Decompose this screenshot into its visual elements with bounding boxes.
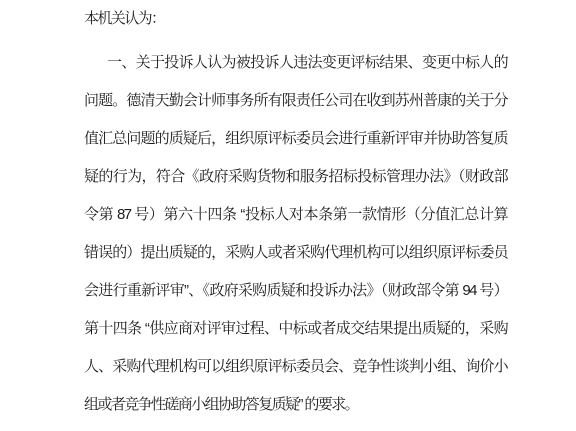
text-line: 令第 87 号）第六十四条 “投标人对本条第一款情形（分值汇总计算 [84,196,507,234]
text-line: 疑的行为，符合《政府采购货物和服务招标投标管理办法》（财政部 [84,158,507,196]
document-page: 本机关认为： 一、关于投诉人认为被投诉人违法变更评标结果、变更中标人的问题。德清… [0,0,576,431]
text-line: 问题。德清天勤会计师事务所有限责任公司在收到苏州普康的关于分 [84,82,507,120]
text-line: 第十四条 “供应商对评审过程、中标或者成交结果提出质疑的，采购 [84,310,507,348]
text-line: 人、采购代理机构可以组织原评标委员会、竞争性谈判小组、询价小 [84,348,507,386]
paragraph-intro: 本机关认为： [84,0,507,38]
text-line: 组或者竞争性磋商小组协助答复质疑” 的要求。 [84,386,507,424]
text-line: 会进行重新评审”、《政府采购质疑和投诉办法》（财政部令第 94 号） [84,272,507,310]
text-line: 一、关于投诉人认为被投诉人违法变更评标结果、变更中标人的 [84,44,507,82]
paragraph-body: 一、关于投诉人认为被投诉人违法变更评标结果、变更中标人的问题。德清天勤会计师事务… [84,44,507,424]
text-line: 错误的）提出质疑的，采购人或者采购代理机构可以组织原评标委员 [84,234,507,272]
text-line: 值汇总问题的质疑后，组织原评标委员会进行重新评审并协助答复质 [84,120,507,158]
